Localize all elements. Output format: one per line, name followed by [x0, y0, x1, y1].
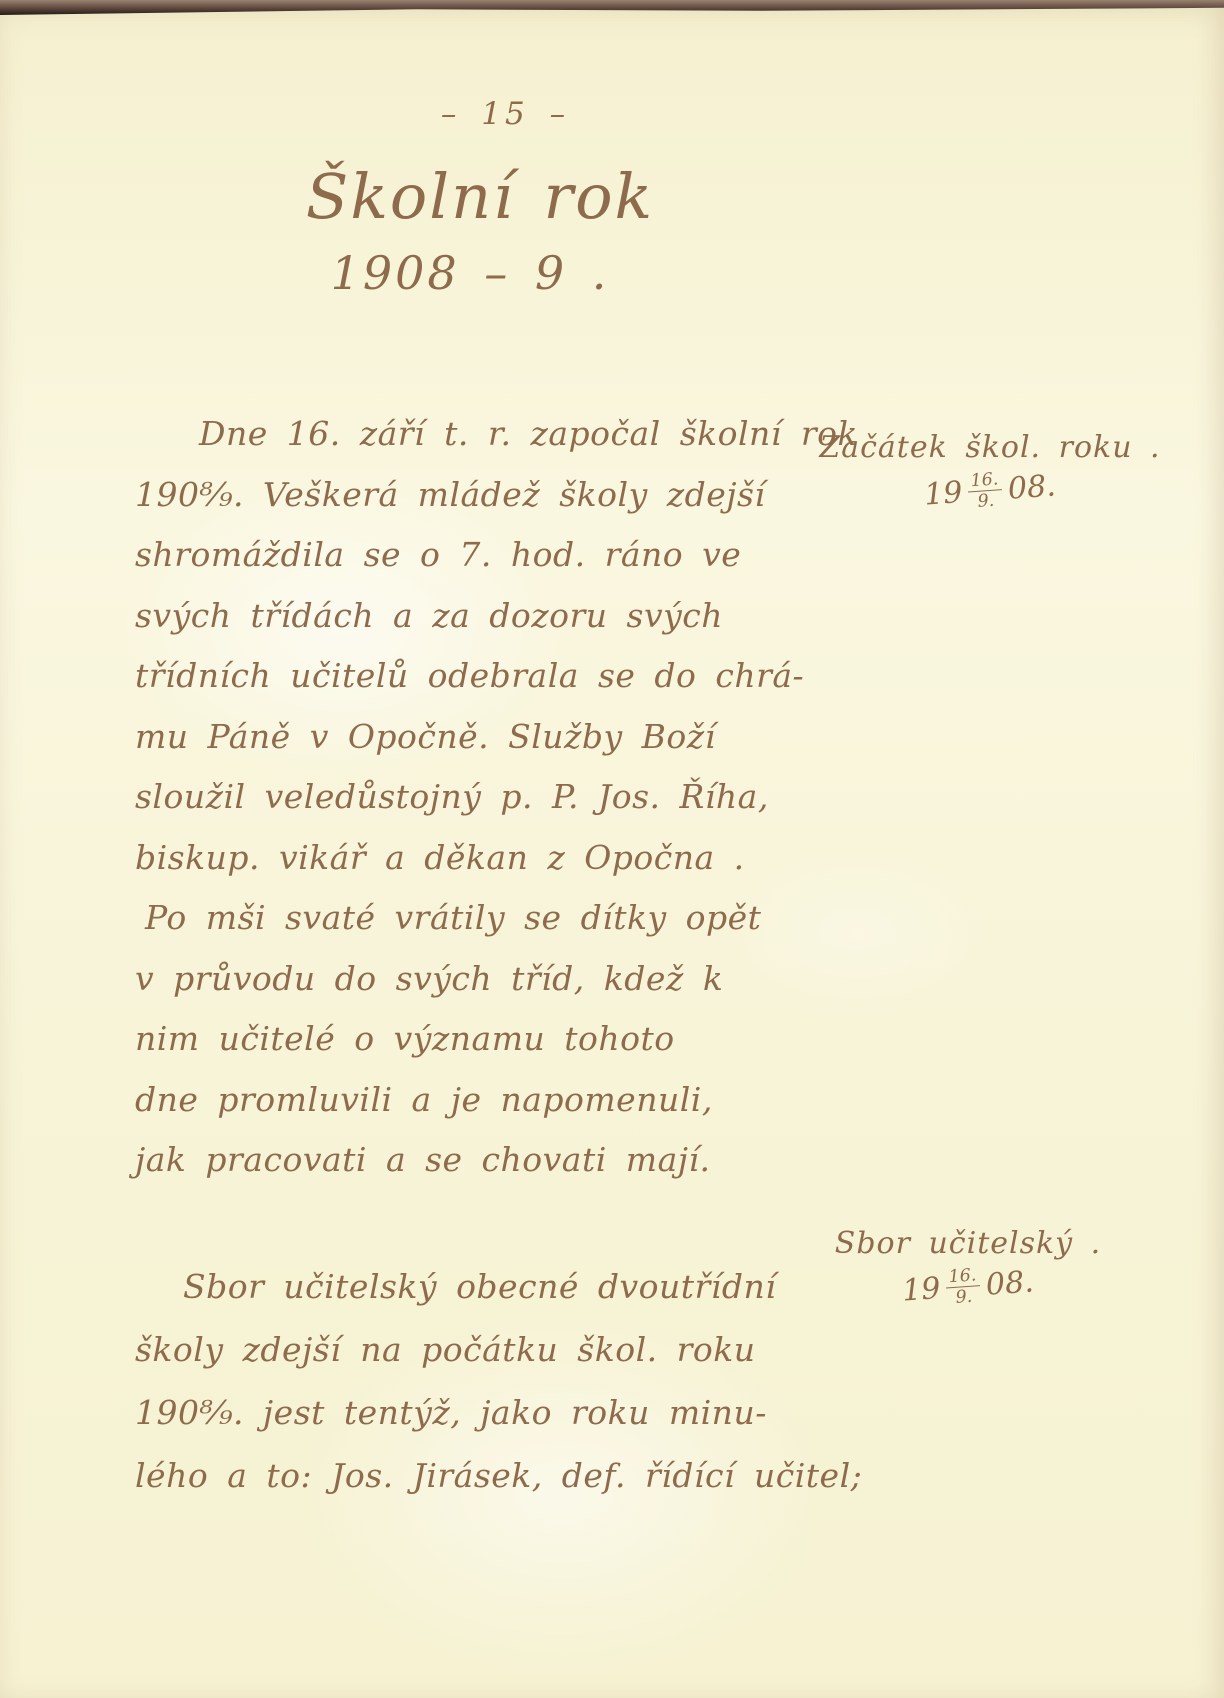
page-title: Školní rok [0, 160, 960, 233]
manuscript-line: jak pracovati a se chovati mají. [135, 1140, 825, 1201]
paragraph-school-year-start: Dne 16. září t. r. započal školní rok 19… [135, 414, 825, 1201]
date-fraction: 16. 9. [945, 1266, 981, 1308]
book-edge-strip [0, 0, 1224, 15]
manuscript-line: třídních učitelů odebrala se do chrá- [135, 656, 825, 717]
margin-note-heading: Začátek škol. roku . [818, 430, 1162, 465]
paragraph-teaching-staff: Sbor učitelský obecné dvoutřídní školy z… [135, 1267, 825, 1519]
manuscript-line: biskup. vikář a děkan z Opočna . [135, 838, 825, 899]
date-fraction: 16. 9. [967, 470, 1003, 512]
manuscript-line: Dne 16. září t. r. započal školní rok [135, 414, 825, 475]
manuscript-page: – 15 – Školní rok 1908 – 9 . Dne 16. zář… [0, 0, 1224, 1698]
page-number: – 15 – [0, 96, 1010, 132]
manuscript-line: 190⁸⁄₉. Veškerá mládež školy zdejší [135, 475, 825, 536]
page-subtitle: 1908 – 9 . [0, 246, 940, 300]
date-year-prefix: 19 [901, 1271, 942, 1309]
manuscript-line: nim učitelé o významu tohoto [135, 1019, 825, 1080]
manuscript-line: 190⁸⁄₉. jest tentýž, jako roku minu- [135, 1393, 825, 1456]
date-year-suffix: 08. [985, 1265, 1035, 1303]
manuscript-line: svých třídách a za dozoru svých [135, 596, 825, 657]
margin-note-heading: Sbor učitelský . [806, 1226, 1130, 1261]
margin-note-date: 19 16. 9. 08. [817, 459, 1163, 522]
date-day: 16. [967, 470, 1002, 493]
margin-note-teaching-staff: Sbor učitelský . 19 16. 9. 08. [806, 1226, 1130, 1307]
manuscript-line: mu Páně v Opočně. Služby Boží [135, 717, 825, 778]
manuscript-line: shromáždila se o 7. hod. ráno ve [135, 535, 825, 596]
manuscript-line: v průvodu do svých tříd, kdež k [135, 959, 825, 1020]
manuscript-line: dne promluvili a je napomenuli, [135, 1080, 825, 1141]
date-day: 16. [945, 1266, 980, 1289]
margin-note-school-year-start: Začátek škol. roku . 19 16. 9. 08. [818, 430, 1162, 511]
manuscript-line: školy zdejší na počátku škol. roku [135, 1330, 825, 1393]
date-month: 9. [955, 1287, 973, 1307]
manuscript-line: sloužil veledůstojný p. P. Jos. Říha, [135, 777, 825, 838]
manuscript-line: Sbor učitelský obecné dvoutřídní [135, 1267, 825, 1330]
body-text-column: Dne 16. září t. r. započal školní rok 19… [135, 414, 825, 1519]
manuscript-line: Po mši svaté vrátily se dítky opět [135, 898, 825, 959]
date-month: 9. [977, 491, 995, 511]
date-year-suffix: 08. [1007, 469, 1057, 507]
manuscript-line: lého a to: Jos. Jirásek, def. řídící uči… [135, 1456, 825, 1519]
date-year-prefix: 19 [923, 475, 964, 513]
margin-note-date: 19 16. 9. 08. [805, 1256, 1131, 1318]
